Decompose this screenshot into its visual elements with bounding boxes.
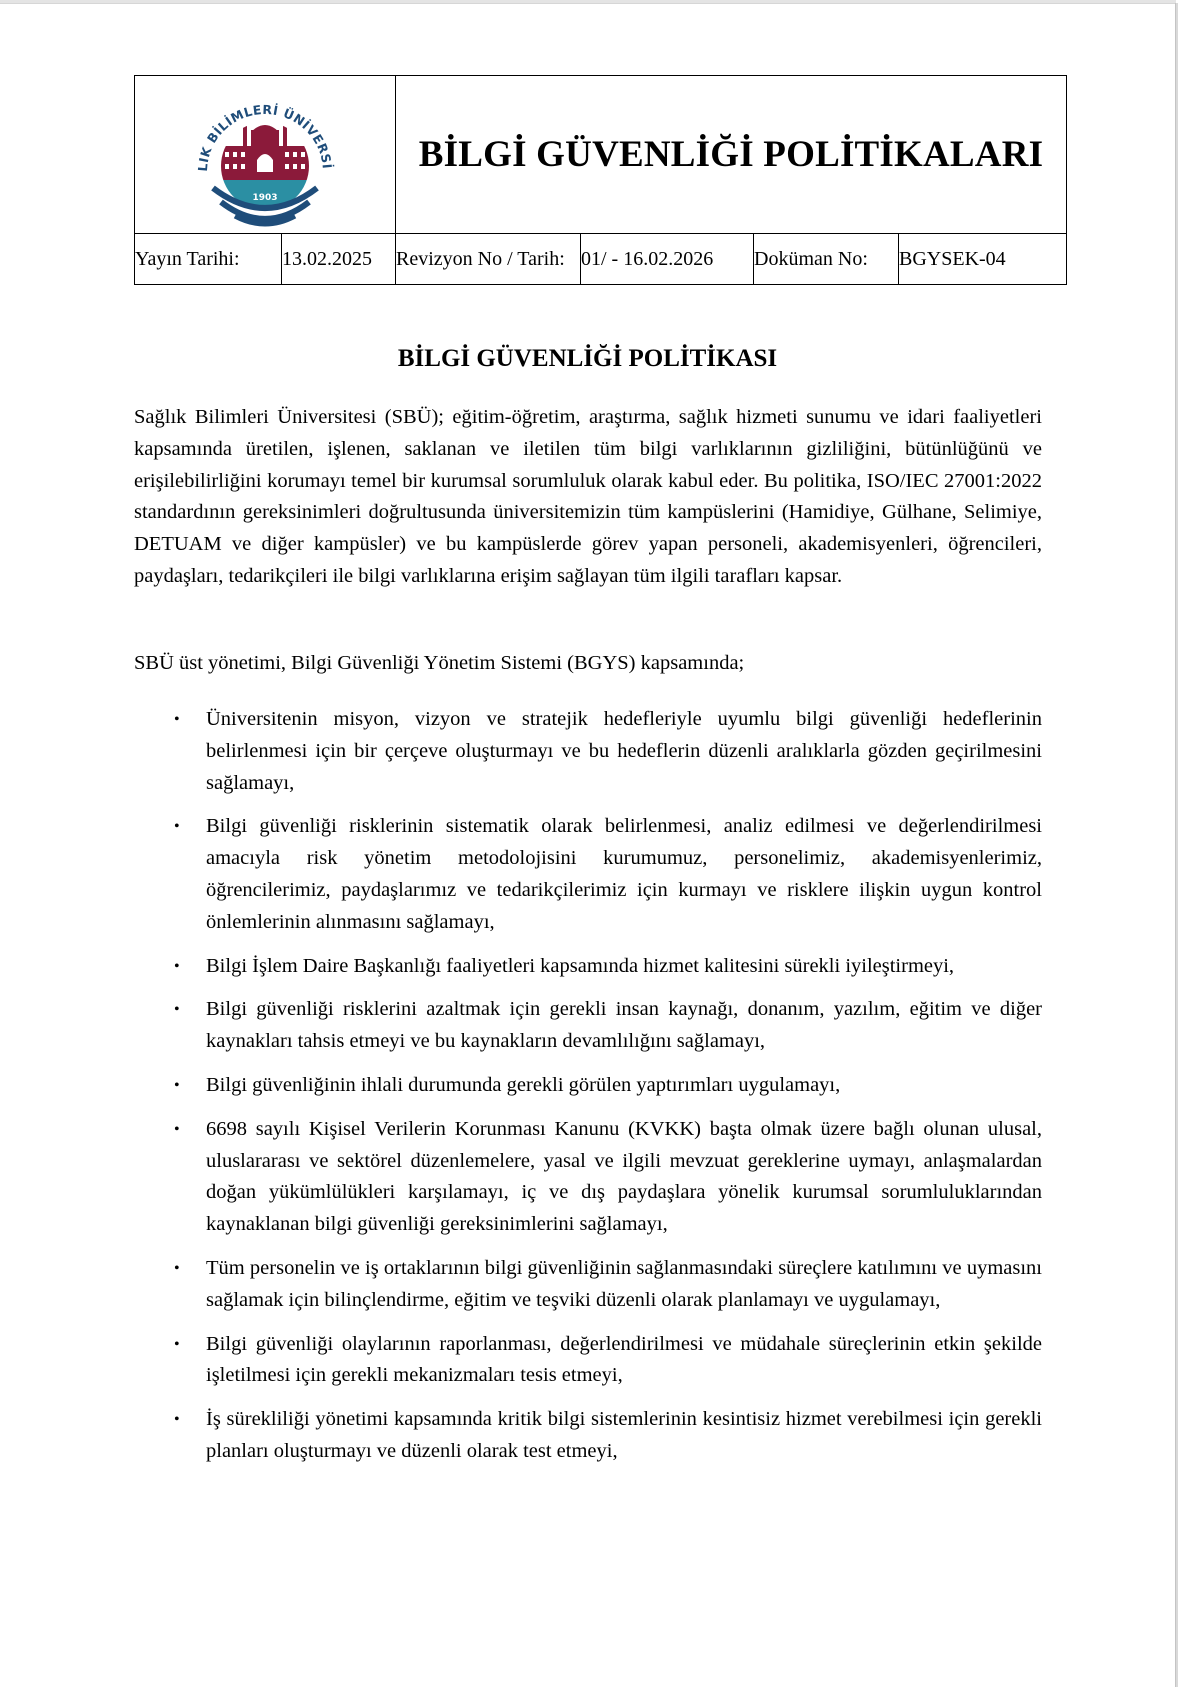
- list-item-text: Bilgi güvenliği risklerinin sistematik o…: [206, 815, 1042, 932]
- list-item: •İş sürekliliği yönetimi kapsamında krit…: [134, 1404, 1042, 1468]
- document-no-label: Doküman No:: [754, 234, 899, 285]
- lead-sentence: SBÜ üst yönetimi, Bilgi Güvenliği Yöneti…: [134, 648, 1042, 680]
- intro-paragraph: Sağlık Bilimleri Üniversitesi (SBÜ); eği…: [134, 402, 1042, 593]
- university-logo-icon: SAĞLIK BİLİMLERİ ÜNİVERSİTESİ: [185, 80, 345, 230]
- bullet-icon: •: [174, 811, 180, 843]
- list-item-text: Bilgi İşlem Daire Başkanlığı faaliyetler…: [206, 955, 954, 977]
- bullet-icon: •: [174, 1114, 180, 1146]
- list-item-text: 6698 sayılı Kişisel Verilerin Korunması …: [206, 1118, 1042, 1235]
- title-cell: BİLGİ GÜVENLİĞİ POLİTİKALARI: [396, 76, 1067, 234]
- revision-label: Revizyon No / Tarih:: [396, 234, 581, 285]
- document-header-table: SAĞLIK BİLİMLERİ ÜNİVERSİTESİ: [134, 75, 1067, 285]
- list-item-text: Tüm personelin ve iş ortaklarının bilgi …: [206, 1257, 1042, 1311]
- list-item: •Bilgi güvenliği risklerini azaltmak içi…: [134, 994, 1042, 1058]
- list-item: •6698 sayılı Kişisel Verilerin Korunması…: [134, 1114, 1042, 1241]
- logo-cell: SAĞLIK BİLİMLERİ ÜNİVERSİTESİ: [135, 76, 396, 234]
- bullet-icon: •: [174, 704, 180, 736]
- list-item: •Bilgi İşlem Daire Başkanlığı faaliyetle…: [134, 951, 1042, 983]
- list-item: •Bilgi güvenliği olaylarının raporlanmas…: [134, 1329, 1042, 1393]
- document-no-value: BGYSEK-04: [899, 234, 1067, 285]
- publish-date-value: 13.02.2025: [282, 234, 396, 285]
- policy-bullet-list: •Üniversitenin misyon, vizyon ve stratej…: [134, 704, 1042, 1480]
- list-item-text: Bilgi güvenliğinin ihlali durumunda gere…: [206, 1074, 840, 1096]
- logo-year: 1903: [252, 193, 277, 203]
- list-item-text: Bilgi güvenliği risklerini azaltmak için…: [206, 998, 1042, 1052]
- section-title: BİLGİ GÜVENLİĞİ POLİTİKASI: [0, 345, 1175, 373]
- list-item-text: Üniversitenin misyon, vizyon ve strateji…: [206, 708, 1042, 794]
- bullet-icon: •: [174, 1404, 180, 1436]
- bullet-icon: •: [174, 994, 180, 1026]
- list-item: •Bilgi güvenliğinin ihlali durumunda ger…: [134, 1070, 1042, 1102]
- list-item-text: İş sürekliliği yönetimi kapsamında kriti…: [206, 1408, 1042, 1462]
- list-item: •Bilgi güvenliği risklerinin sistematik …: [134, 811, 1042, 938]
- publish-date-label: Yayın Tarihi:: [135, 234, 282, 285]
- page-right-edge: [1175, 3, 1178, 1687]
- document-title: BİLGİ GÜVENLİĞİ POLİTİKALARI: [419, 134, 1043, 175]
- list-item-text: Bilgi güvenliği olaylarının raporlanması…: [206, 1333, 1042, 1387]
- document-page: SAĞLIK BİLİMLERİ ÜNİVERSİTESİ: [0, 4, 1175, 1687]
- list-item: •Tüm personelin ve iş ortaklarının bilgi…: [134, 1253, 1042, 1317]
- list-item: •Üniversitenin misyon, vizyon ve stratej…: [134, 704, 1042, 799]
- bullet-icon: •: [174, 1329, 180, 1361]
- bullet-icon: •: [174, 1070, 180, 1102]
- revision-value: 01/ - 16.02.2026: [581, 234, 754, 285]
- bullet-icon: •: [174, 1253, 180, 1285]
- bullet-icon: •: [174, 951, 180, 983]
